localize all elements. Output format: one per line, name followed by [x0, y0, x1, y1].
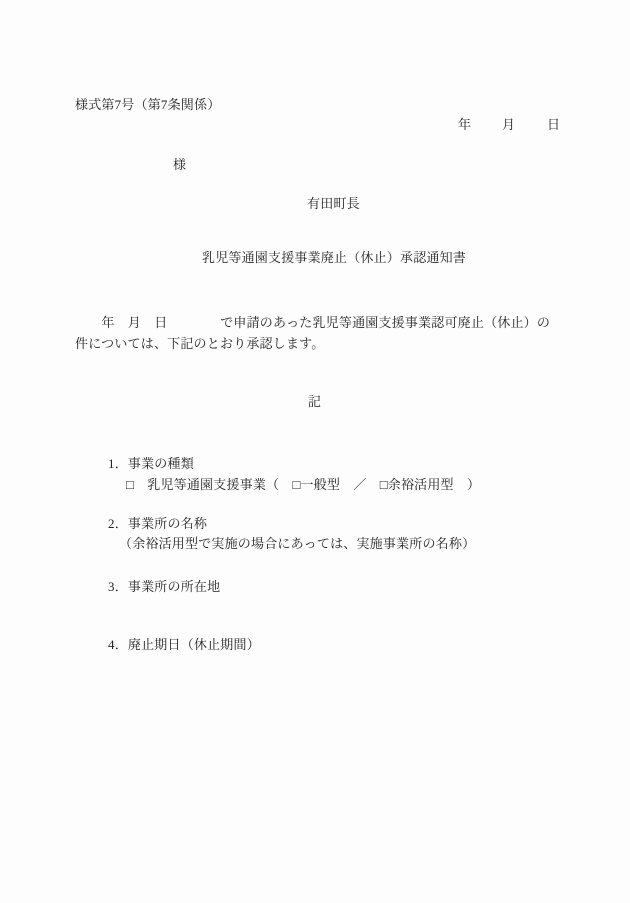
- sender-title: 有田町長: [307, 196, 360, 212]
- date-year-label: 年: [458, 117, 471, 133]
- item-4-label: 4．廃止期日（休止期間）: [108, 637, 260, 653]
- date-month-label: 月: [502, 117, 515, 133]
- addressee-honorific: 様: [173, 157, 186, 173]
- body-line-1: 年 月 日 で申請のあった乳児等通園支援事業認可廃止（休止）の: [75, 315, 550, 331]
- date-day-label: 日: [547, 117, 560, 133]
- item-2-label: 2．事業所の名称: [108, 516, 207, 532]
- item-2-note: （余裕活用型で実施の場合にあっては、実施事業所の名称）: [119, 536, 475, 552]
- item-1-label: 1．事業の種類: [108, 456, 194, 472]
- document-page: 様式第7号（第7条関係） 年 月 日 様 有田町長 乳児等通園支援事業廃止（休止…: [0, 0, 630, 903]
- form-number: 様式第7号（第7条関係）: [75, 97, 220, 113]
- record-heading: 記: [308, 394, 321, 410]
- document-title: 乳児等通園支援事業廃止（休止）承認通知書: [202, 250, 466, 266]
- item-3-label: 3．事業所の所在地: [108, 579, 220, 595]
- body-line-2: 件については、下記のとおり承認します。: [75, 336, 325, 352]
- item-1-checkbox-line: □ 乳児等通園支援事業（ □一般型 ／ □余裕活用型 ）: [126, 477, 480, 493]
